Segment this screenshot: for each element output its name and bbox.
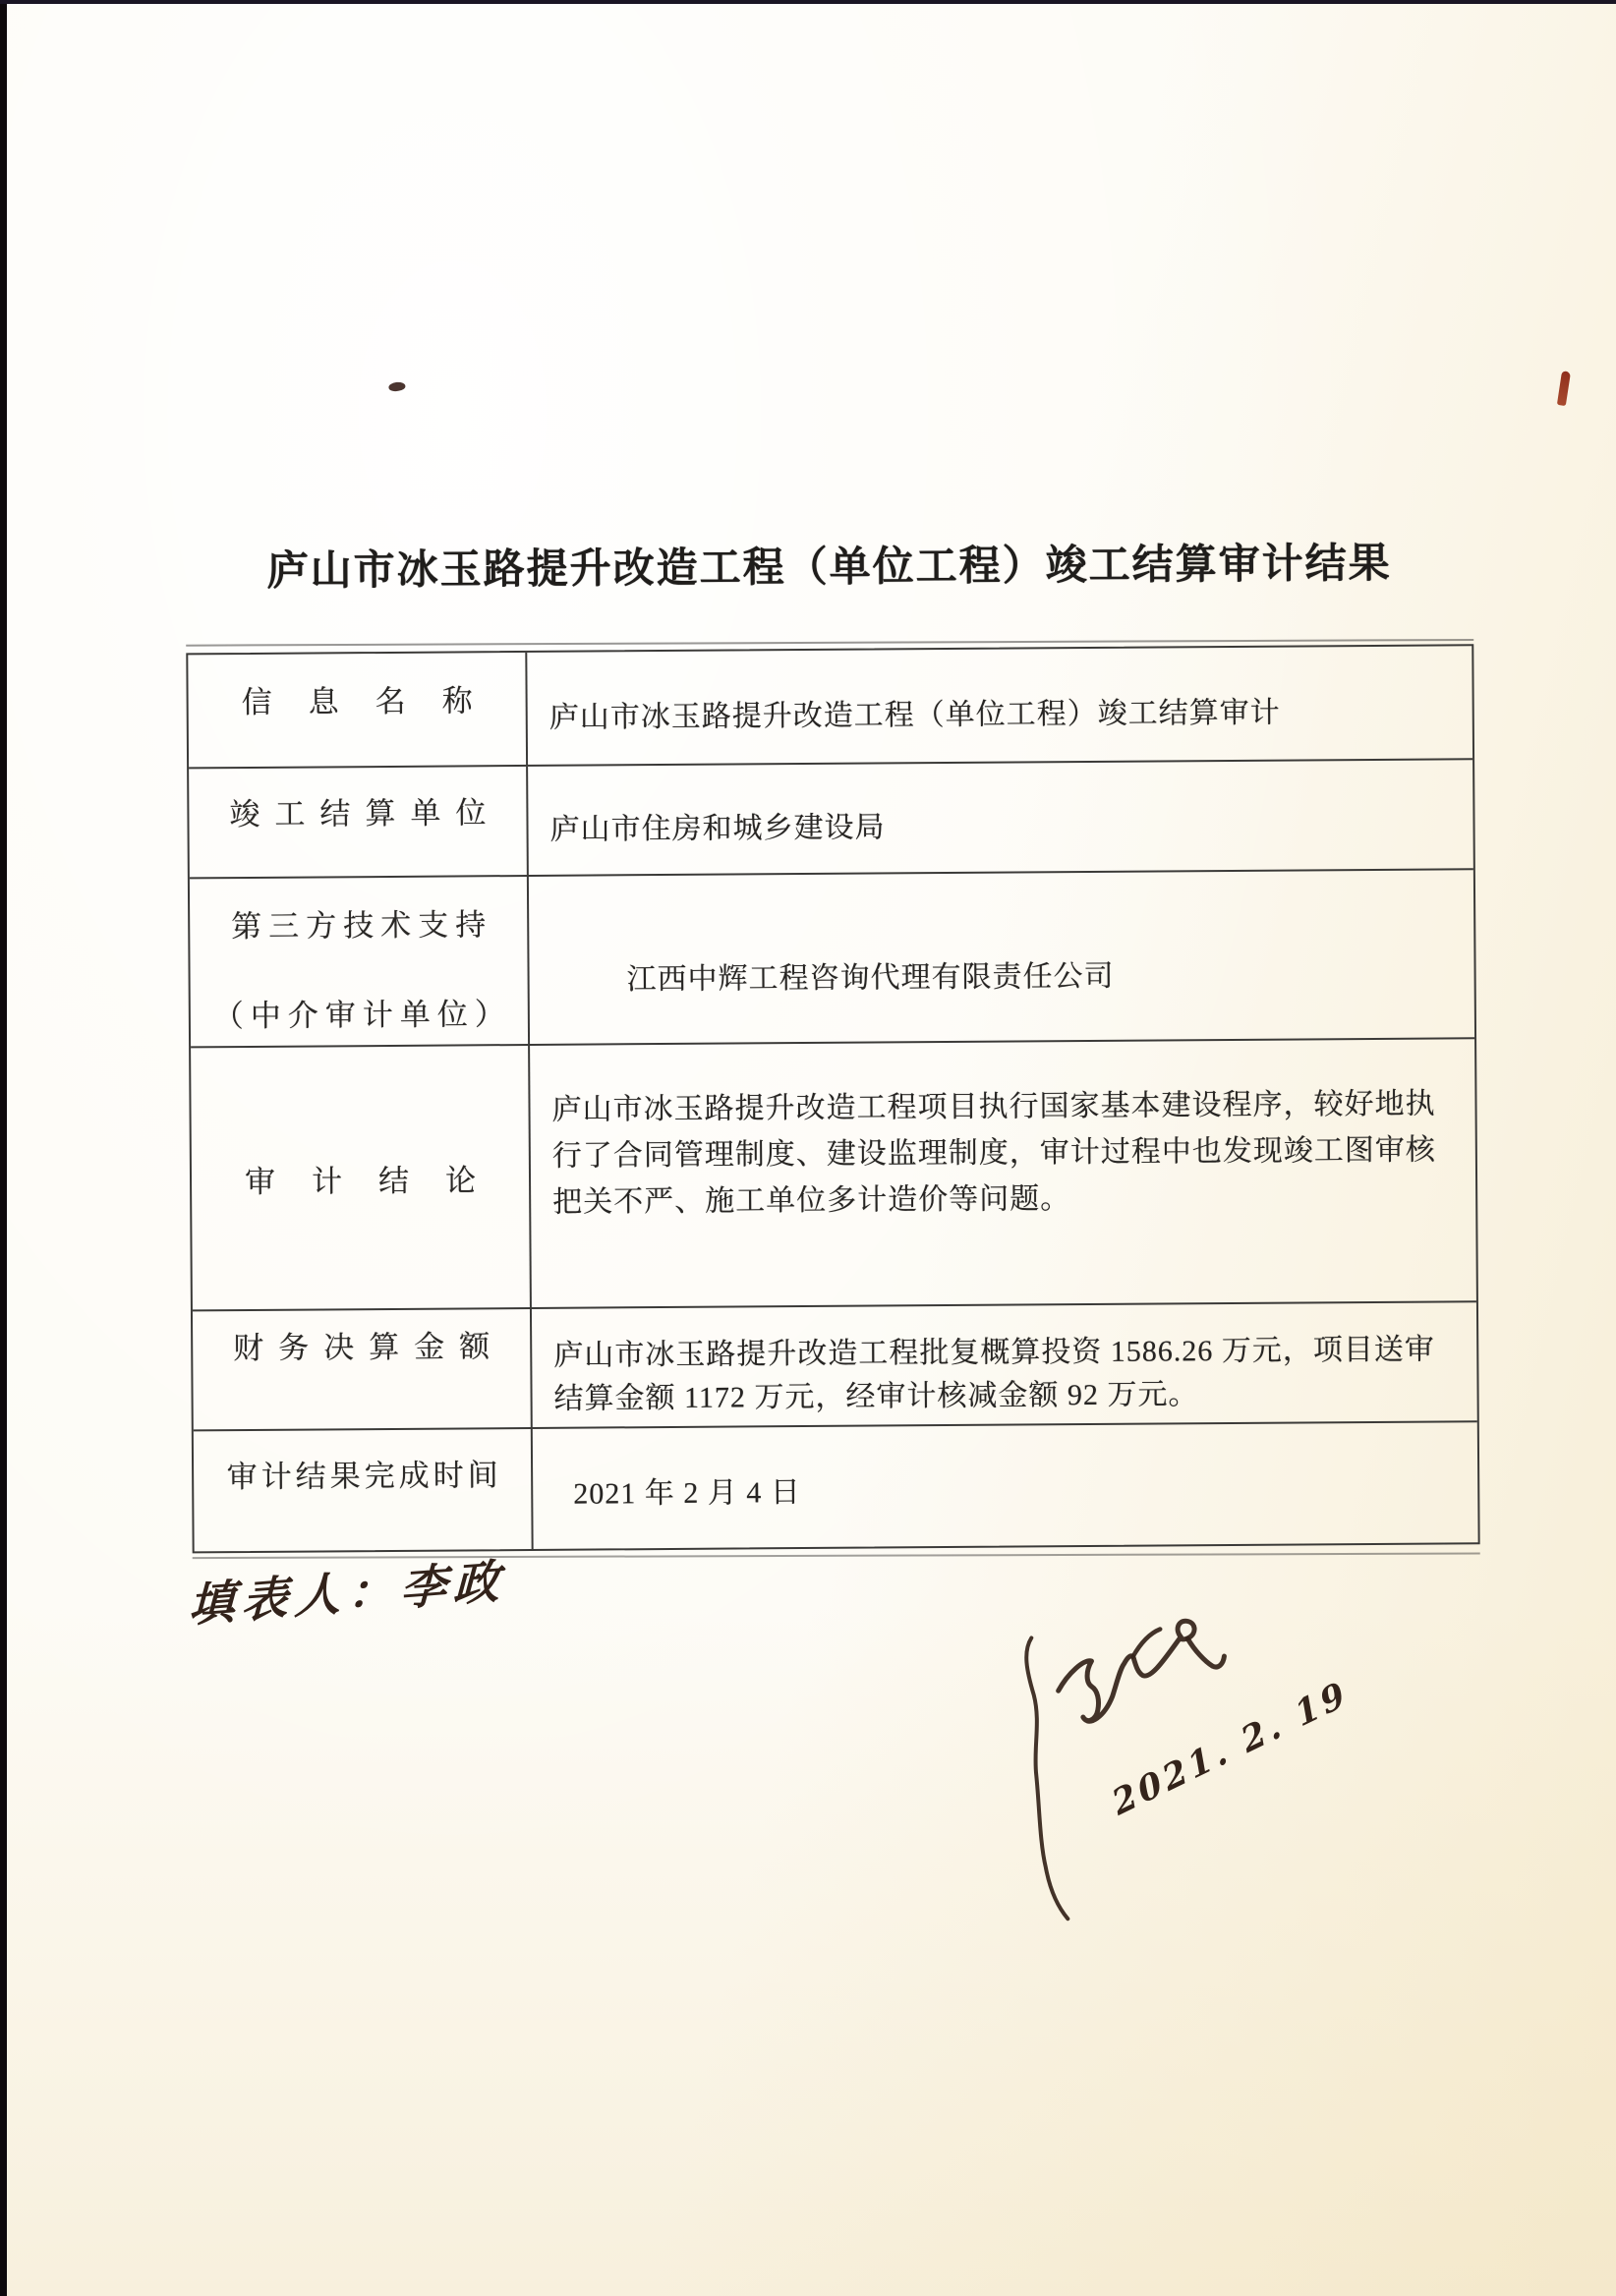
table-row-third-party-support: 第三方技术支持 （中介审计单位） 江西中辉工程咨询代理有限责任公司 [190, 868, 1474, 1046]
table-row-info-name: 信息名称 庐山市冰玉路提升改造工程（单位工程）竣工结算审计 [188, 646, 1472, 767]
row-value: 庐山市住房和城乡建设局 [528, 760, 1473, 875]
row-label: 第三方技术支持 （中介审计单位） [190, 877, 530, 1046]
row-value: 庐山市冰玉路提升改造工程批复概算投资 1586.26 万元，项目送审结算金额 1… [532, 1302, 1477, 1427]
row-label-line1: 第三方技术支持 [231, 899, 492, 946]
row-label-text: 审计结果完成时间 [226, 1450, 501, 1496]
row-label: 审计结果完成时间 [194, 1429, 534, 1551]
row-label-line2: （中介审计单位） [213, 989, 512, 1035]
red-pen-mark [1557, 371, 1571, 406]
scanned-page: 庐山市冰玉路提升改造工程（单位工程）竣工结算审计结果 信息名称 庐山市冰玉路提升… [0, 0, 1616, 2296]
document-title: 庐山市冰玉路提升改造工程（单位工程）竣工结算审计结果 [185, 530, 1472, 598]
row-label-text: 财务决算金额 [233, 1321, 504, 1367]
ink-speck [388, 381, 406, 392]
table-row-financial-amount: 财务决算金额 庐山市冰玉路提升改造工程批复概算投资 1586.26 万元，项目送… [193, 1300, 1477, 1429]
row-label: 信息名称 [188, 653, 528, 767]
table-row-audit-conclusion: 审计结论 庐山市冰玉路提升改造工程项目执行国家基本建设程序，较好地执行了合同管理… [191, 1037, 1476, 1309]
row-value: 江西中辉工程咨询代理有限责任公司 [529, 870, 1474, 1044]
row-value: 庐山市冰玉路提升改造工程项目执行国家基本建设程序，较好地执行了合同管理制度、建设… [530, 1039, 1476, 1307]
document-sheet: 庐山市冰玉路提升改造工程（单位工程）竣工结算审计结果 信息名称 庐山市冰玉路提升… [0, 0, 1616, 2296]
table-row-settlement-unit: 竣工结算单位 庐山市住房和城乡建设局 [189, 758, 1473, 877]
row-value: 庐山市冰玉路提升改造工程（单位工程）竣工结算审计 [527, 646, 1472, 765]
row-label: 竣工结算单位 [189, 767, 529, 877]
table-row-completion-time: 审计结果完成时间 2021 年 2 月 4 日 [194, 1420, 1478, 1551]
row-label-text: 审计结论 [245, 1155, 512, 1201]
row-label: 财务决算金额 [193, 1309, 533, 1429]
row-label-text: 信息名称 [241, 675, 508, 721]
row-value: 2021 年 2 月 4 日 [533, 1422, 1478, 1549]
row-label-text: 竣工结算单位 [229, 787, 500, 833]
row-label: 审计结论 [191, 1046, 532, 1309]
audit-result-table: 信息名称 庐山市冰玉路提升改造工程（单位工程）竣工结算审计 竣工结算单位 庐山市… [186, 644, 1479, 1553]
